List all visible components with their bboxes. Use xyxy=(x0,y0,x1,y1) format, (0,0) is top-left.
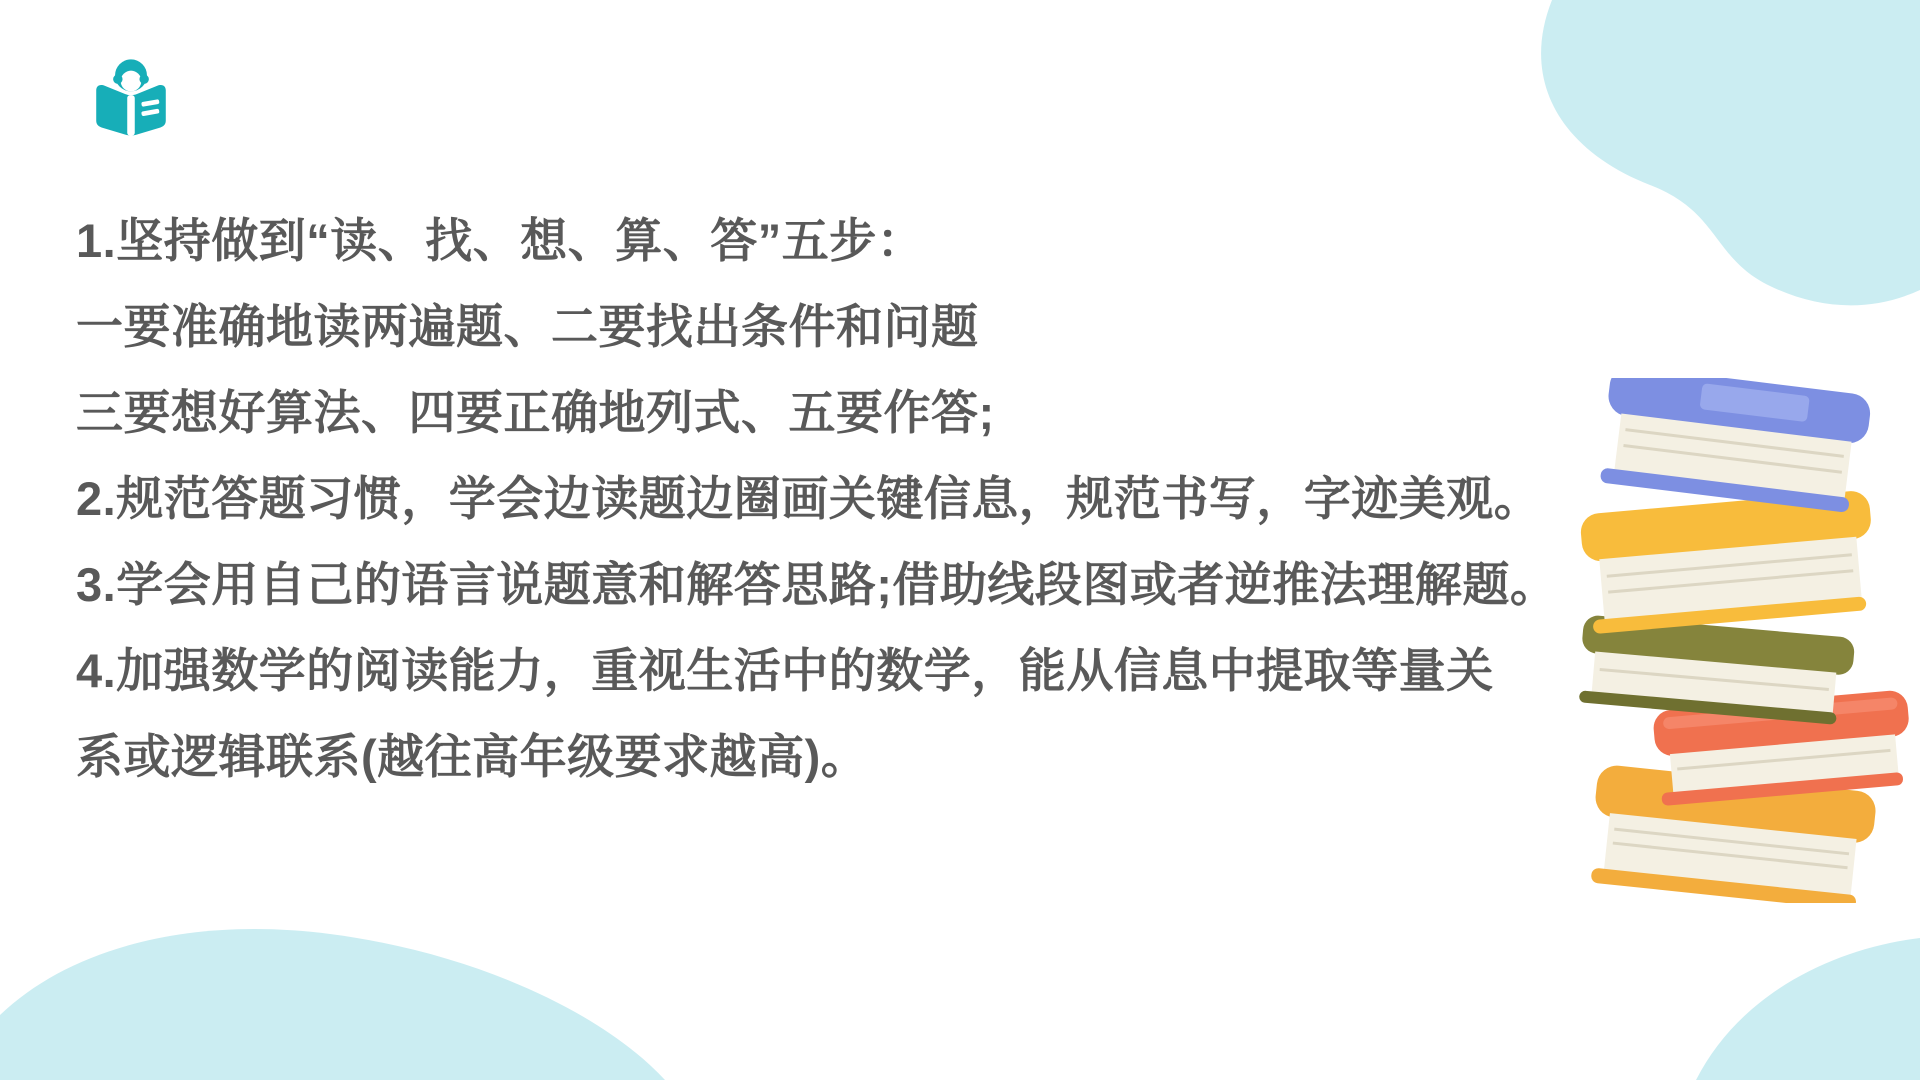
text-line-3: 三要想好算法、四要正确地列式、五要作答; xyxy=(76,370,1656,456)
text-line-1: 1.坚持做到“读、找、想、算、答”五步： xyxy=(76,198,1656,284)
bottom-right-blob xyxy=(1696,938,1920,1080)
presentation-slide: 1.坚持做到“读、找、想、算、答”五步： 一要准确地读两遍题、二要找出条件和问题… xyxy=(0,0,1920,1080)
hair-tuft-right xyxy=(139,74,148,83)
book-blue xyxy=(1598,378,1873,514)
text-line-5: 3.学会用自己的语言说题意和解答思路;借助线段图或者逆推法理解题。 xyxy=(76,542,1656,628)
text-line-7: 系或逻辑联系(越往高年级要求越高)。 xyxy=(76,714,1656,800)
book-spine-line xyxy=(127,95,135,135)
bottom-left-blob xyxy=(0,929,665,1080)
open-book-shape xyxy=(96,85,166,136)
hair-tuft-left xyxy=(113,74,122,83)
study-tips-text: 1.坚持做到“读、找、想、算、答”五步： 一要准确地读两遍题、二要找出条件和问题… xyxy=(76,198,1656,800)
text-line-6: 4.加强数学的阅读能力，重视生活中的数学，能从信息中提取等量关 xyxy=(76,628,1656,714)
reading-person-icon xyxy=(84,50,178,144)
text-line-2: 一要准确地读两遍题、二要找出条件和问题 xyxy=(76,284,1656,370)
face-shape xyxy=(121,71,142,92)
book-yellow xyxy=(1579,490,1878,635)
book-stack-illustration xyxy=(1578,378,1913,903)
reading-person-head xyxy=(113,59,149,91)
text-line-4: 2.规范答题习惯，学会边读题边圈画关键信息，规范书写，字迹美观。 xyxy=(76,456,1656,542)
